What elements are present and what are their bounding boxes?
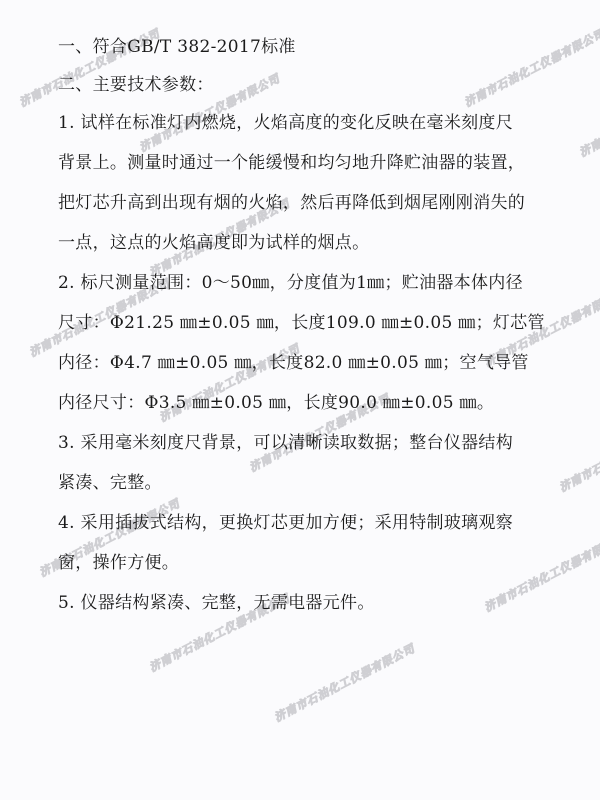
item-1-line-3: 把灯芯升高到出现有烟的火焰，然后再降低到烟尾刚刚消失的 — [58, 192, 525, 214]
item-1-line-1: 1. 试样在标准灯内燃烧，火焰高度的变化反映在毫米刻度尺 — [58, 112, 513, 134]
watermark: 济南市石油化工仪器有限公司 — [481, 530, 600, 615]
watermark: 济南市石油化工仪器有限公司 — [556, 410, 600, 495]
heading-technical-params: 二、主要技术参数： — [58, 74, 214, 96]
item-5-line-1: 5. 仪器结构紧凑、完整，无需电器元件。 — [58, 592, 375, 614]
item-2-line-2: 尺寸：Φ21.25 ㎜±0.05 ㎜，长度109.0 ㎜±0.05 ㎜；灯芯管 — [58, 312, 545, 334]
item-3-line-2: 紧凑、完整。 — [58, 472, 162, 494]
watermark: 济南市石油化工仪器有限公司 — [271, 640, 417, 725]
item-3-line-1: 3. 采用毫米刻度尺背景，可以清晰读取数据；整台仪器结构 — [58, 432, 513, 454]
item-4-line-1: 4. 采用插拔式结构，更换灯芯更加方便；采用特制玻璃观察 — [58, 512, 513, 534]
item-2-line-4: 内径尺寸：Φ3.5 ㎜±0.05 ㎜，长度90.0 ㎜±0.05 ㎜。 — [58, 392, 494, 414]
item-2-line-3: 内径：Φ4.7 ㎜±0.05 ㎜，长度82.0 ㎜±0.05 ㎜；空气导管 — [58, 352, 529, 374]
heading-standard: 一、符合GB/T 382-2017标准 — [58, 36, 296, 58]
item-4-line-2: 窗，操作方便。 — [58, 552, 179, 574]
watermark: 济南市石油化工仪器有限公司 — [461, 25, 600, 110]
item-1-line-2: 背景上。测量时通过一个能缓慢和均匀地升降贮油器的装置， — [58, 152, 525, 174]
watermark: 济南市石油化工仪器有限公司 — [576, 75, 600, 160]
item-1-line-4: 一点，这点的火焰高度即为试样的烟点。 — [58, 232, 369, 254]
document-page: 济南市石油化工仪器有限公司 济南市石油化工仪器有限公司 济南市石油化工仪器有限公… — [0, 0, 600, 800]
item-2-line-1: 2. 标尺测量范围：0～50㎜，分度值为1㎜；贮油器本体内径 — [58, 272, 523, 294]
